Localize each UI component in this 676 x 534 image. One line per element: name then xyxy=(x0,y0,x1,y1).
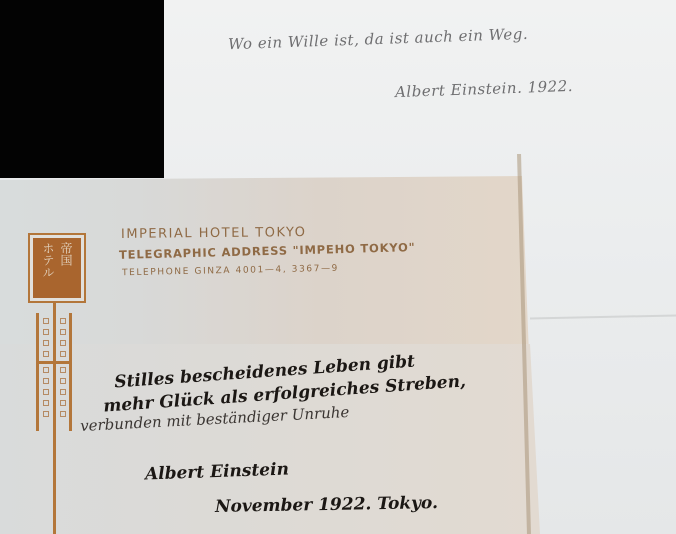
emblem-left-pole xyxy=(36,313,39,431)
emblem-right-pole xyxy=(69,313,72,431)
note-date-place: November 1922. Tokyo. xyxy=(215,493,438,517)
hotel-emblem-panel: 帝国 ホテル xyxy=(33,238,81,298)
letterhead-hotel-name: IMPERIAL HOTEL TOKYO xyxy=(121,225,307,242)
emblem-text-col-2: ホテル xyxy=(41,242,55,298)
hotel-emblem-sign: 帝国 ホテル xyxy=(28,233,86,303)
emblem-center-pole xyxy=(53,303,56,534)
dark-background xyxy=(0,0,166,178)
emblem-crossbar xyxy=(36,361,72,364)
emblem-text-col-1: 帝国 xyxy=(59,242,73,298)
